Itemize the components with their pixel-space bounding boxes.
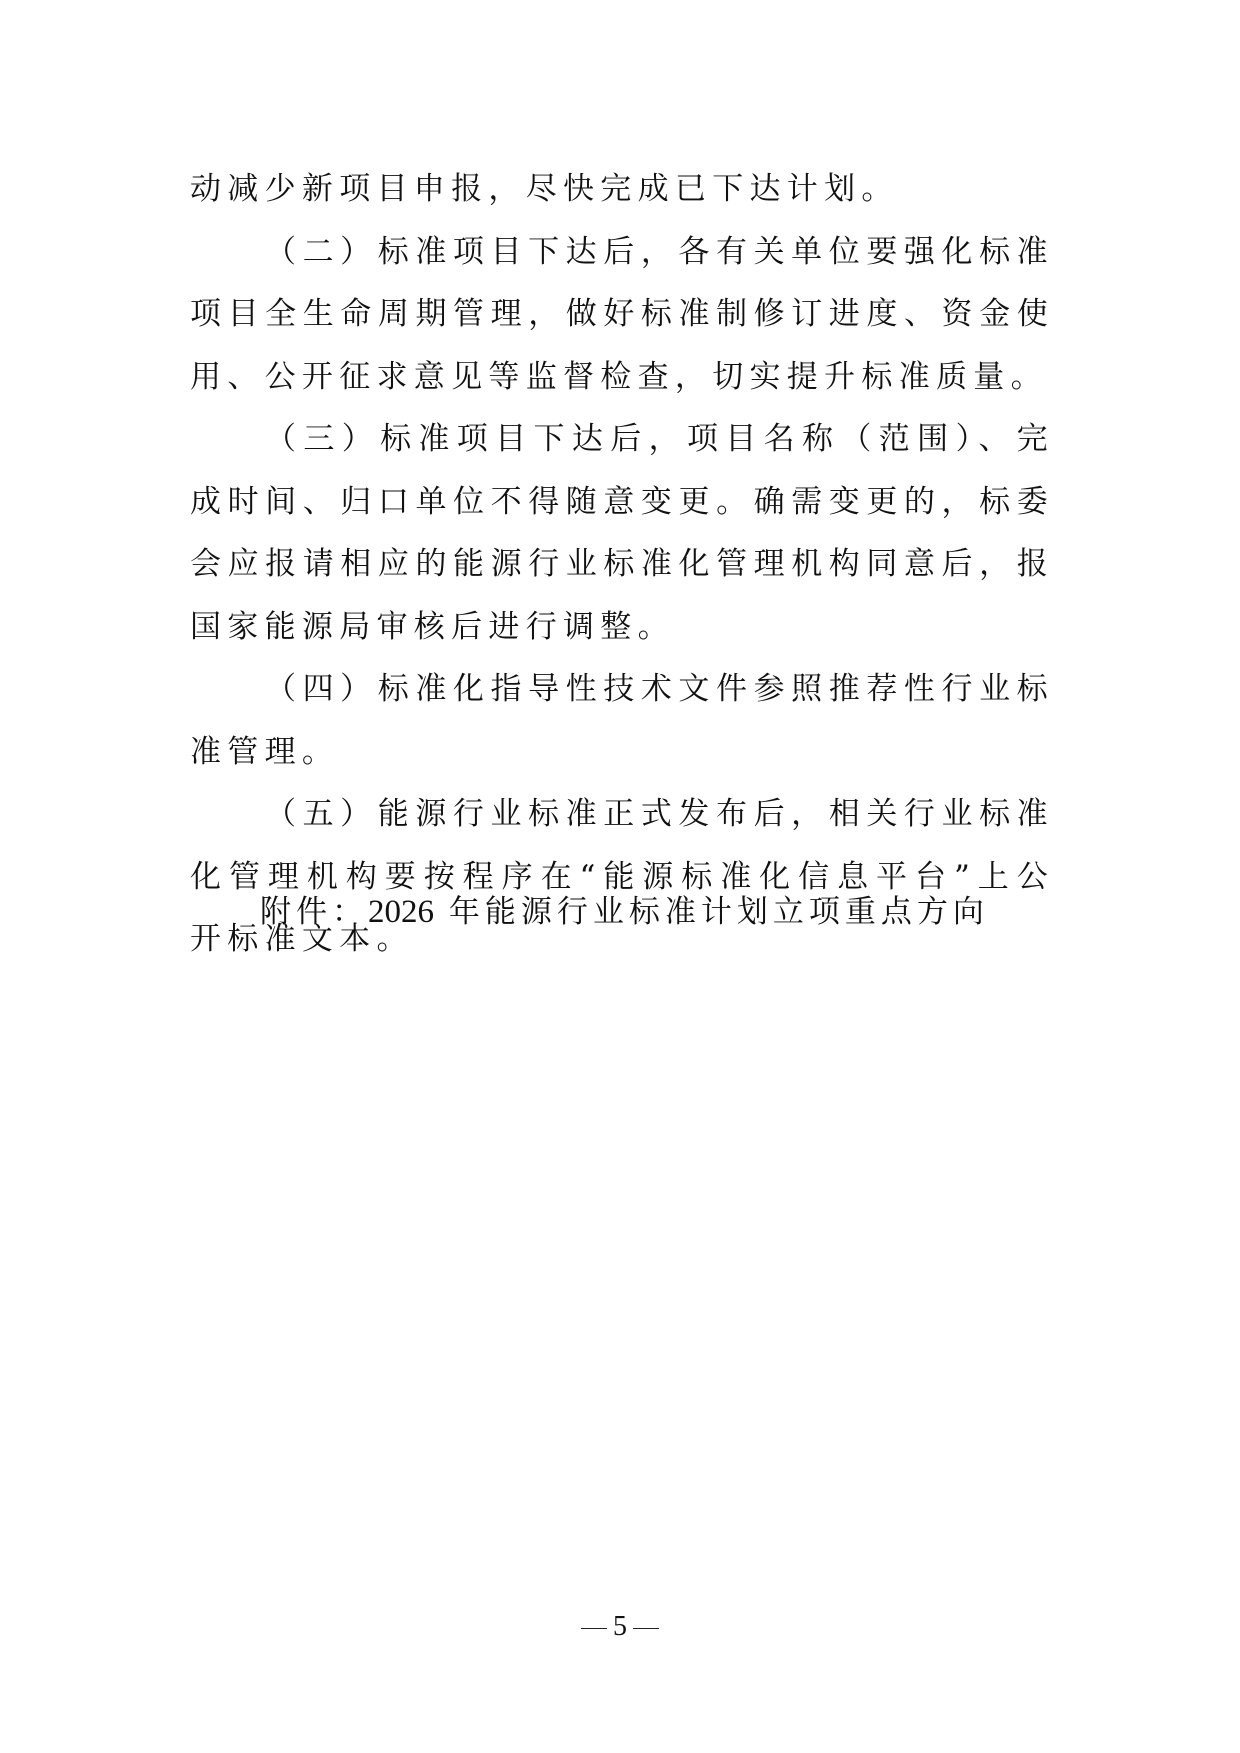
attachment-title: 年能源行业标准计划立项重点方向 <box>449 894 989 930</box>
attachment-label: 附件： <box>260 894 368 930</box>
attachment-year: 2026 <box>368 894 434 930</box>
page-number-right-dash <box>633 1628 659 1629</box>
page-number: 5 <box>0 1612 1240 1642</box>
page-number-value: 5 <box>613 1611 627 1642</box>
paragraph-item-5: （五）能源行业标准正式发布后，相关行业标准化管理机构要按程序在“能源标准化信息平… <box>190 783 1054 971</box>
document-page: 动减少新项目申报，尽快完成已下达计划。 （二）标准项目下达后，各有关单位要强化标… <box>0 0 1240 1753</box>
paragraph-item-2: （二）标准项目下达后，各有关单位要强化标准项目全生命周期管理，做好标准制修订进度… <box>190 221 1054 409</box>
paragraph-item-3: （三）标准项目下达后，项目名称（范围）、完成时间、归口单位不得随意变更。确需变更… <box>190 408 1054 658</box>
paragraph-continuation: 动减少新项目申报，尽快完成已下达计划。 <box>190 158 1054 221</box>
page-number-left-dash <box>581 1628 607 1629</box>
attachment-line: 附件：2026 年能源行业标准计划立项重点方向 <box>260 892 989 932</box>
body-text: 动减少新项目申报，尽快完成已下达计划。 （二）标准项目下达后，各有关单位要强化标… <box>190 158 1054 971</box>
paragraph-item-4: （四）标准化指导性技术文件参照推荐性行业标准管理。 <box>190 658 1054 783</box>
